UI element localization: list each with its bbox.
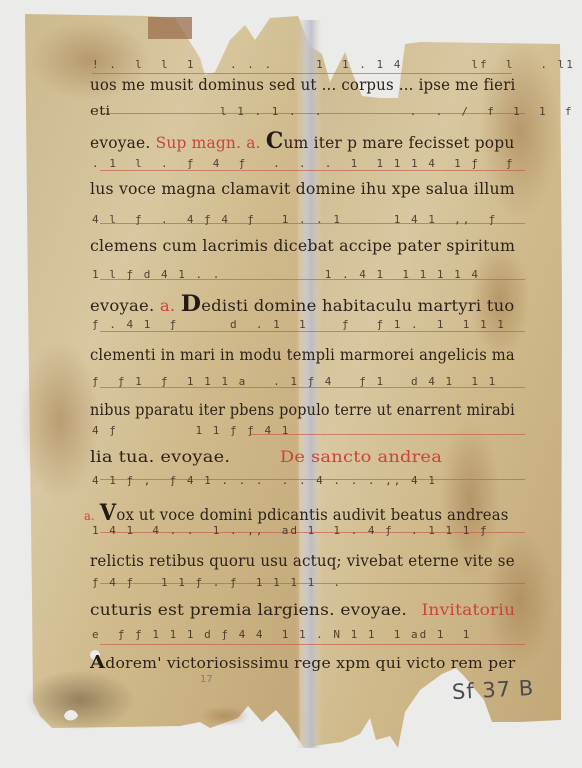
neume-row: l 1 . 1 . . . . / f 1 1 f f f 1 xyxy=(220,105,582,118)
staff-line xyxy=(250,434,525,435)
text-content: lia tua. evoyae. xyxy=(90,448,230,466)
evovae-label: evoyae. xyxy=(90,134,150,152)
text-content: um iter p mare fecisset popu xyxy=(284,134,515,152)
text-line-3: evoyae. Sup magn. a. Cum iter p mare fec… xyxy=(90,128,515,154)
neume-row: 1 l ƒ d 4 1 . . 1 . 4 1 1 1 1 1 4 xyxy=(92,268,480,281)
pencil-note: 17 xyxy=(200,674,213,685)
initial-letter-a: A xyxy=(90,652,105,673)
evovae-label: evoyae. xyxy=(90,297,154,315)
shelfmark-label: Sf 37 B xyxy=(451,676,534,704)
text-content: ox ut voce domini pdicantis audivit beat… xyxy=(116,506,508,524)
rubric-antiphon-a: a. xyxy=(84,509,95,523)
text-line-11: relictis retibus quoru usu actuq; viveba… xyxy=(90,552,515,570)
text-line-5: clemens cum lacrimis dicebat accipe pate… xyxy=(90,237,515,255)
text-line-4: lus voce magna clamavit domine ihu xpe s… xyxy=(90,180,515,198)
staff-line xyxy=(100,170,525,171)
text-line-6: evoyae. a. Dedisti domine habitaculu mar… xyxy=(90,291,515,317)
neume-row: ƒ ƒ 1 ƒ 1 1 1 a . 1 ƒ 4 ƒ 1 d 4 1 1 1 xyxy=(92,375,497,388)
neume-row: ƒ 4 ƒ 1 1 ƒ . ƒ 1 1 1 1 . xyxy=(92,576,342,589)
text-line-10: a. Vox ut voce domini pdicantis audivit … xyxy=(84,500,509,526)
initial-letter-c: C xyxy=(266,128,284,154)
staff-line xyxy=(92,73,512,74)
image-viewer: ! . l l 1 . . . 1 1 . 1 4 lf l . l1 1 l … xyxy=(0,0,582,768)
text-content: edisti domine habitaculu martyri tuo xyxy=(201,297,514,315)
neume-row: 4 1 ƒ , ƒ 4 1 . . . . . 4 . . . ,, 4 1 xyxy=(92,474,437,487)
rubric-sup-magn: Sup magn. a. xyxy=(156,134,261,152)
neume-row: ! . l l 1 . . . 1 1 . 1 4 lf l . l1 1 xyxy=(92,58,582,71)
staff-line xyxy=(100,644,525,645)
rubric-invitatorium: Invitatoriu xyxy=(421,601,515,619)
text-line-9: lia tua. evoyae. De sancto andrea xyxy=(90,448,442,466)
rubric-de-sancto-andrea: De sancto andrea xyxy=(280,448,442,466)
neume-row: 4 l ƒ . 4 ƒ 4 ƒ 1 . . 1 1 4 1 ,, ƒ xyxy=(92,213,497,226)
text-line-13: Adorem' victoriosissimu rege xpm qui vic… xyxy=(90,652,515,673)
neume-row: e ƒ ƒ 1 1 1 d ƒ 4 4 1 1 . N 1 1 1 ad 1 1 xyxy=(92,628,471,641)
text-line-8: nibus pparatu iter pbens populo terre ut… xyxy=(90,401,515,419)
text-content: cuturis est premia largiens. evoyae. xyxy=(90,601,407,619)
neume-row: ƒ . 4 1 ƒ d . 1 1 ƒ ƒ 1 . 1 1 1 1 xyxy=(92,318,506,331)
rubric-antiphon-a: a. xyxy=(160,297,175,315)
neume-row: 4 ƒ 1 1 ƒ ƒ 4 1 xyxy=(92,424,290,437)
initial-letter-v: V xyxy=(100,500,117,526)
text-content: dorem' victoriosissimu rege xpm qui vict… xyxy=(105,656,515,672)
initial-letter-d: D xyxy=(181,291,201,317)
staff-line xyxy=(100,331,525,332)
neume-row: . 1 l . ƒ 4 ƒ . . . 1 1 1 1 4 1 ƒ ƒ xyxy=(92,157,515,170)
text-line-7: clementi in mari in modu templi marmorei… xyxy=(90,346,515,364)
text-line-1: uos me musit dominus sed ut ... corpus .… xyxy=(90,76,516,94)
text-line-2-eti: eti xyxy=(90,104,110,119)
text-line-12: cuturis est premia largiens. evoyae. Inv… xyxy=(90,601,515,619)
